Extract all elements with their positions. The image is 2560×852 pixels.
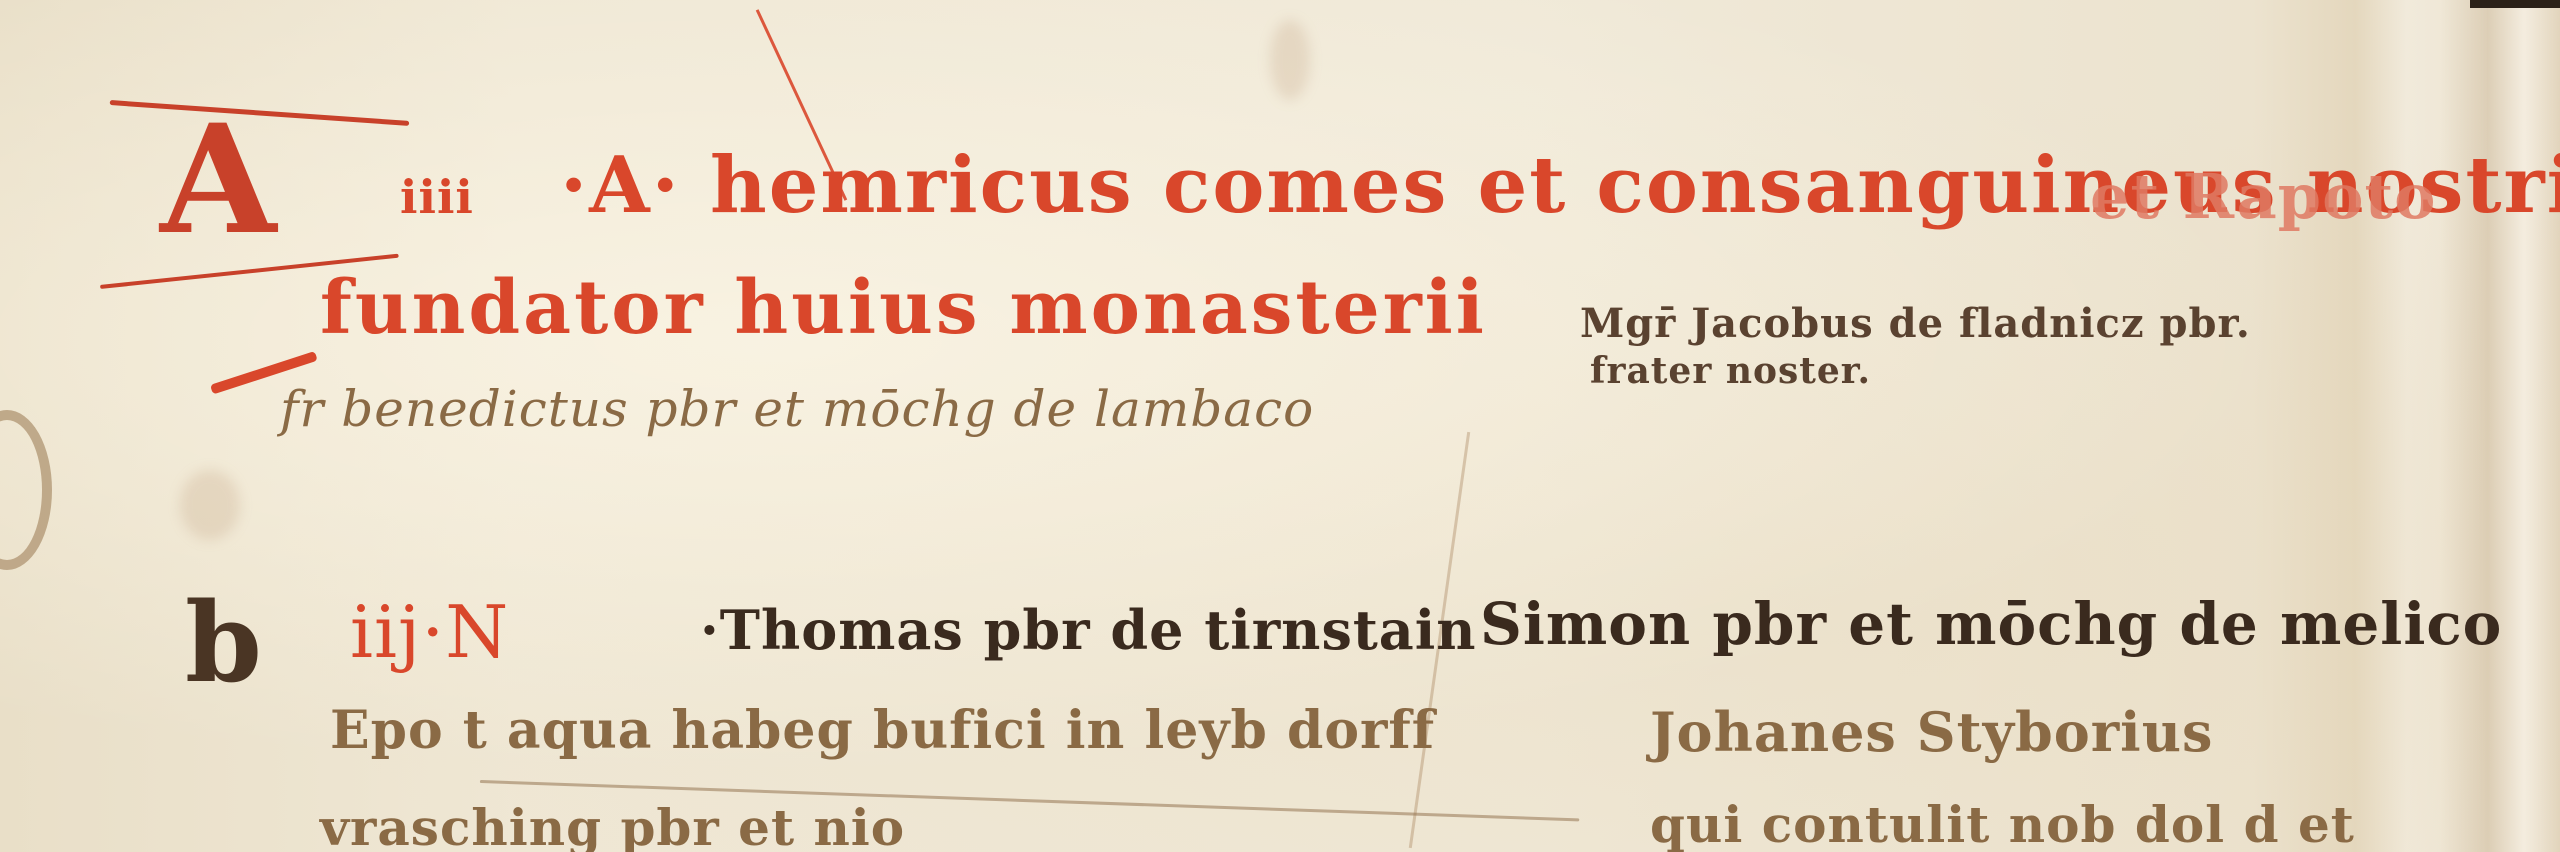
entry-b-line-2: Epo t aqua habeg bufici in leyb dorff (330, 700, 1435, 761)
parchment-stain (1270, 20, 1310, 100)
entry-b-line-3-right: qui contulit nob dol d et (1650, 795, 2355, 852)
calendar-number-a: iiii (400, 170, 474, 224)
rubric-line-1-tail: et Rapoto (2090, 160, 2437, 233)
entry-b-line-3: vrasching pbr et nio (320, 798, 905, 852)
note-line-1: Mgr̄ Jacobus de fladnicz pbr. (1580, 300, 2251, 347)
rubric-line-2: fundator huius monasterii (320, 265, 1487, 351)
binding-edge (2470, 0, 2560, 8)
brown-note-line: fr benedictus pbr et mōchg de lambaco (280, 380, 1314, 438)
calendar-number-b: iij·N (350, 590, 509, 674)
parchment-stain (180, 470, 240, 540)
note-line-2: frater noster. (1590, 350, 1871, 392)
initial-letter-b: b (185, 588, 262, 698)
entry-b-line-1b: Simon pbr et mōchg de melico (1480, 590, 2502, 658)
initial-letter-a: A (160, 105, 276, 255)
page-gutter-fold (2440, 0, 2560, 852)
entry-b-line-1: ·Thomas pbr de tirnstain (700, 598, 1477, 662)
manuscript-page: A iiii ·A· hemricus comes et consanguine… (0, 0, 2560, 852)
entry-b-line-2-right: Johanes Styborius (1650, 700, 2213, 764)
stain-ring (0, 410, 52, 570)
